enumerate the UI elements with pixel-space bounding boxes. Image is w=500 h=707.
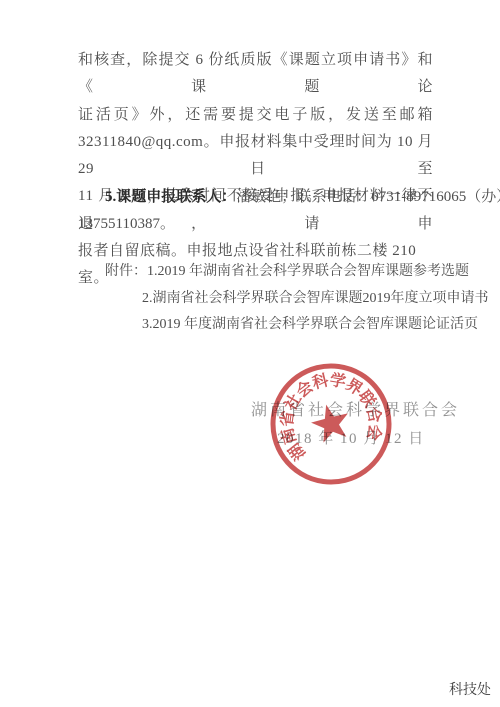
seal-char: 科 <box>310 370 331 393</box>
attachment-item: 3.2019 年度湖南省社会科学界联合会智库课题论证活页 <box>105 312 465 339</box>
contact-label: 5.课题申报联系人： <box>105 189 236 205</box>
body-line: 证活页》外，还需要提交电子版，发送至邮箱 <box>78 102 433 129</box>
attachments-label: 附件： <box>105 264 147 279</box>
official-seal: 湖南省社会科学界联合会 <box>265 358 397 490</box>
attachment-item: 附件：1.2019 年湖南省社会科学界联合会智库课题参考选题 <box>105 259 465 286</box>
contact-value: 潘敏艳；联系电话：0731-89716065（办）， <box>236 189 500 205</box>
paragraph-submission: 和核查，除提交 6 份纸质版《课题立项申请书》和《课题论 证活页》外，还需要提交… <box>78 47 433 293</box>
contact-line: 5.课题申报联系人：潘敏艳；联系电话：0731-89716065（办）， <box>78 184 458 211</box>
body-line: 32311840@qq.com。申报材料集中受理时间为 10 月 29 日至 <box>78 129 433 184</box>
footer-department: 科技处 <box>449 679 491 699</box>
seal-char: 会 <box>363 423 385 442</box>
star-icon <box>308 400 354 444</box>
document-page: 和核查，除提交 6 份纸质版《课题立项申请书》和《课题论 证活页》外，还需要提交… <box>0 0 500 707</box>
contact-phone-2: 13755110387。 <box>78 211 458 238</box>
paragraph-contact: 5.课题申报联系人：潘敏艳；联系电话：0731-89716065（办）， 137… <box>78 184 458 239</box>
attachment-item: 2.湖南省社会科学界联合会智库课题2019年度立项申请书 <box>105 286 465 313</box>
seal-char: 合 <box>363 405 385 425</box>
attachment-list: 附件：1.2019 年湖南省社会科学界联合会智库课题参考选题 2.湖南省社会科学… <box>105 259 465 339</box>
body-line: 和核查，除提交 6 份纸质版《课题立项申请书》和《课题论 <box>78 47 433 102</box>
attachment-item-text: 1.2019 年湖南省社会科学界联合会智库课题参考选题 <box>147 264 469 279</box>
